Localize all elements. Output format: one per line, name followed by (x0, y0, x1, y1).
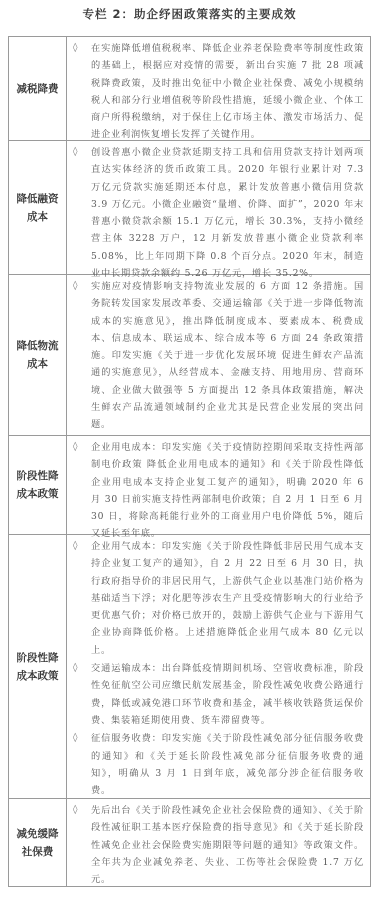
row-label: 降低融资 成本 (9, 141, 67, 274)
item-text: 实施应对疫情影响支持物流业发展的 6 方面 12 条措施。国务院转发国家发展改革… (91, 278, 364, 434)
list-item: ◊ 企业用电成本：印发实施《关于疫情防控期间采取支持性两部制电价政策 降低企业用… (71, 439, 364, 543)
table-row: 降低融资 成本 ◊ 创设普惠小微企业贷款延期支持工具和信用贷款支持计划两项直达实… (9, 140, 370, 274)
list-item: ◊ 在实施降低增值税税率、降低企业养老保险费率等制度性政策的基础上，根据应对疫情… (71, 40, 364, 144)
row-content: ◊ 实施应对疫情影响支持物流业发展的 6 方面 12 条措施。国务院转发国家发展… (67, 275, 370, 435)
row-label: 阶段性降 成本政策 (9, 436, 67, 534)
item-text: 交通运输成本：出台降低疫情期间机场、空管收费标准，阶段性免征航空公司应缴民航发展… (91, 660, 364, 729)
item-text: 创设普惠小微企业贷款延期支持工具和信用贷款支持计划两项直达实体经济的货币政策工具… (91, 144, 364, 282)
policy-table: 减税降费 ◊ 在实施降低增值税税率、降低企业养老保险费率等制度性政策的基础上，根… (8, 36, 371, 887)
diamond-bullet-icon: ◊ (71, 439, 91, 456)
item-text: 企业用气成本：印发实施《关于阶段性降低非居民用气成本支持企业复工复产的通知》，自… (91, 538, 364, 659)
list-item: ◊ 企业用气成本：印发实施《关于阶段性降低非居民用气成本支持企业复工复产的通知》… (71, 538, 364, 659)
diamond-bullet-icon: ◊ (71, 278, 91, 295)
diamond-bullet-icon: ◊ (71, 802, 91, 819)
list-item: ◊ 创设普惠小微企业贷款延期支持工具和信用贷款支持计划两项直达实体经济的货币政策… (71, 144, 364, 282)
item-text: 征信服务收费：印发实施《关于阶段性减免部分征信服务收费的通知》和《关于延长阶段性… (91, 730, 364, 799)
row-label: 降低物流 成本 (9, 275, 67, 435)
list-item: ◊ 先后出台《关于阶段性减免企业社会保险费的通知》、《关于阶段性减征职工基本医疗… (71, 802, 364, 888)
row-content: ◊ 企业用气成本：印发实施《关于阶段性降低非居民用气成本支持企业复工复产的通知》… (67, 535, 370, 798)
diamond-bullet-icon: ◊ (71, 660, 91, 677)
diamond-bullet-icon: ◊ (71, 538, 91, 555)
column-title: 专栏 2：助企纾困政策落实的主要成效 (0, 6, 379, 22)
table-row: 降低物流 成本 ◊ 实施应对疫情影响支持物流业发展的 6 方面 12 条措施。国… (9, 274, 370, 435)
item-text: 先后出台《关于阶段性减免企业社会保险费的通知》、《关于阶段性减征职工基本医疗保险… (91, 802, 364, 888)
table-row: 阶段性降 成本政策 ◊ 企业用电成本：印发实施《关于疫情防控期间采取支持性两部制… (9, 435, 370, 534)
row-label: 阶段性降 成本政策 (9, 535, 67, 798)
table-row: 阶段性降 成本政策 ◊ 企业用气成本：印发实施《关于阶段性降低非居民用气成本支持… (9, 534, 370, 798)
item-text: 在实施降低增值税税率、降低企业养老保险费率等制度性政策的基础上，根据应对疫情的需… (91, 40, 364, 144)
item-text: 企业用电成本：印发实施《关于疫情防控期间采取支持性两部制电价政策 降低企业用电成… (91, 439, 364, 543)
diamond-bullet-icon: ◊ (71, 730, 91, 747)
table-row: 减免缓降 社保费 ◊ 先后出台《关于阶段性减免企业社会保险费的通知》、《关于阶段… (9, 798, 370, 886)
list-item: ◊ 交通运输成本：出台降低疫情期间机场、空管收费标准，阶段性免征航空公司应缴民航… (71, 660, 364, 729)
diamond-bullet-icon: ◊ (71, 40, 91, 57)
table-row: 减税降费 ◊ 在实施降低增值税税率、降低企业养老保险费率等制度性政策的基础上，根… (9, 37, 370, 140)
list-item: ◊ 征信服务收费：印发实施《关于阶段性减免部分征信服务收费的通知》和《关于延长阶… (71, 730, 364, 799)
row-content: ◊ 在实施降低增值税税率、降低企业养老保险费率等制度性政策的基础上，根据应对疫情… (67, 37, 370, 140)
row-content: ◊ 企业用电成本：印发实施《关于疫情防控期间采取支持性两部制电价政策 降低企业用… (67, 436, 370, 534)
list-item: ◊ 实施应对疫情影响支持物流业发展的 6 方面 12 条措施。国务院转发国家发展… (71, 278, 364, 434)
diamond-bullet-icon: ◊ (71, 144, 91, 161)
row-label: 减免缓降 社保费 (9, 799, 67, 886)
row-label: 减税降费 (9, 37, 67, 140)
row-content: ◊ 创设普惠小微企业贷款延期支持工具和信用贷款支持计划两项直达实体经济的货币政策… (67, 141, 370, 274)
row-content: ◊ 先后出台《关于阶段性减免企业社会保险费的通知》、《关于阶段性减征职工基本医疗… (67, 799, 370, 886)
